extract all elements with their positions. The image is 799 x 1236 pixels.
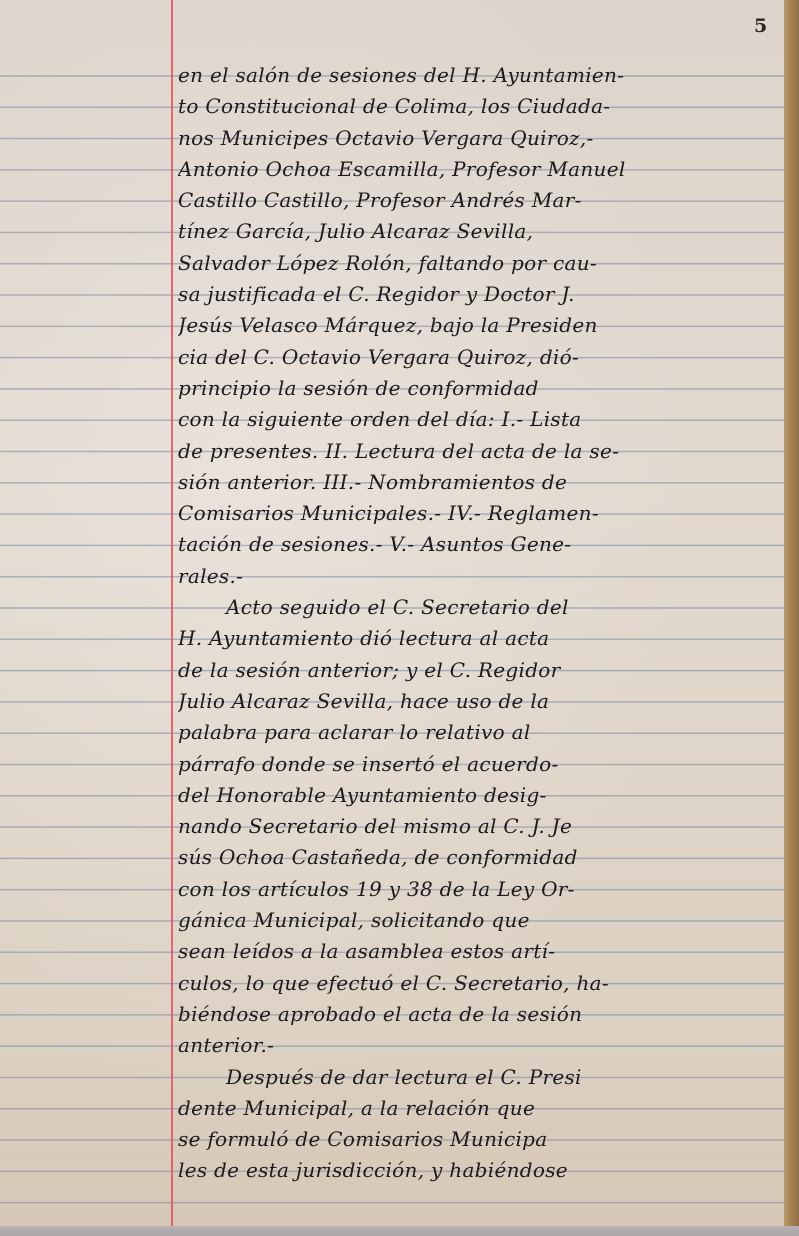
paragraph-start-line: Después de dar lectura el C. Presi (178, 1062, 778, 1093)
text-line: con los artículos 19 y 38 de la Ley Or- (178, 874, 778, 905)
book-page-edge (784, 0, 799, 1236)
text-line: de presentes. II. Lectura del acta de la… (178, 436, 778, 467)
text-line: Julio Alcaraz Sevilla, hace uso de la (178, 686, 778, 717)
book-bottom-edge (0, 1226, 799, 1236)
text-line: Comisarios Municipales.- IV.- Reglamen- (178, 498, 778, 529)
text-line: nando Secretario del mismo al C. J. Je (178, 811, 778, 842)
text-line: les de esta jurisdicción, y habiéndose (178, 1155, 778, 1186)
text-line: sión anterior. III.- Nombramientos de (178, 467, 778, 498)
text-line: en el salón de sesiones del H. Ayuntamie… (178, 60, 778, 91)
text-line: sús Ochoa Castañeda, de conformidad (178, 842, 778, 873)
text-line: principio la sesión de conformidad (178, 373, 778, 404)
text-line: rales.- (178, 561, 778, 592)
text-line: tación de sesiones.- V.- Asuntos Gene- (178, 529, 778, 560)
text-line: dente Municipal, a la relación que (178, 1093, 778, 1124)
text-line: se formuló de Comisarios Municipa (178, 1124, 778, 1155)
text-line: del Honorable Ayuntamiento desig- (178, 780, 778, 811)
text-line: con la siguiente orden del día: I.- List… (178, 404, 778, 435)
text-line: Antonio Ochoa Escamilla, Profesor Manuel (178, 154, 778, 185)
text-line: anterior.- (178, 1030, 778, 1061)
text-line: sa justificada el C. Regidor y Doctor J. (178, 279, 778, 310)
text-line: Castillo Castillo, Profesor Andrés Mar- (178, 185, 778, 216)
text-line: de la sesión anterior; y el C. Regidor (178, 655, 778, 686)
paragraph-start-line: Acto seguido el C. Secretario del (178, 592, 778, 623)
text-line: cia del C. Octavio Vergara Quiroz, dió- (178, 342, 778, 373)
text-line: palabra para aclarar lo relativo al (178, 717, 778, 748)
text-line: culos, lo que efectuó el C. Secretario, … (178, 968, 778, 999)
text-line: párrafo donde se insertó el acuerdo- (178, 749, 778, 780)
text-line: gánica Municipal, solicitando que (178, 905, 778, 936)
text-line: Jesús Velasco Márquez, bajo la Presiden (178, 310, 778, 341)
handwritten-text-block: en el salón de sesiones del H. Ayuntamie… (178, 60, 778, 1187)
text-line: nos Municipes Octavio Vergara Quiroz,- (178, 123, 778, 154)
page-number: 5 (754, 15, 767, 37)
ledger-page: 5 en el salón de sesiones del H. Ayuntam… (0, 0, 784, 1226)
text-line: tínez García, Julio Alcaraz Sevilla, (178, 216, 778, 247)
red-margin-rule (171, 0, 173, 1226)
text-line: sean leídos a la asamblea estos artí- (178, 936, 778, 967)
text-line: H. Ayuntamiento dió lectura al acta (178, 623, 778, 654)
text-line: Salvador López Rolón, faltando por cau- (178, 248, 778, 279)
text-line: to Constitucional de Colima, los Ciudada… (178, 91, 778, 122)
text-line: biéndose aprobado el acta de la sesión (178, 999, 778, 1030)
